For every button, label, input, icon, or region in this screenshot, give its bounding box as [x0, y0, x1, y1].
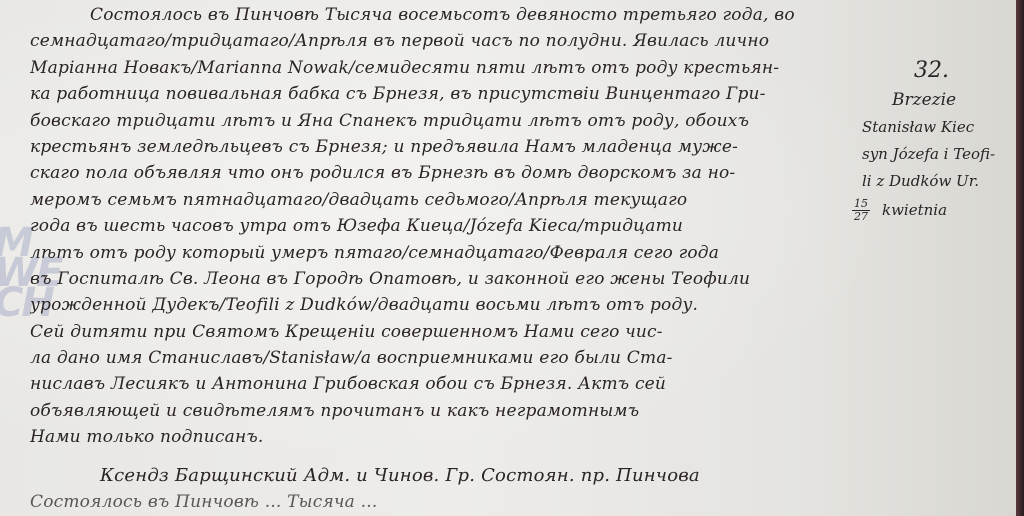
entry-number: 32. — [862, 55, 1012, 87]
record-line: скаго пола объявляя что онъ родился въ Б… — [30, 160, 860, 186]
record-line: Маріанна Новакъ/Marianna Nowak/семидесят… — [30, 55, 860, 81]
date-denominator: 27 — [854, 211, 868, 223]
record-line: семнадцатаго/тридцатаго/Апрѣля въ первой… — [30, 28, 860, 54]
date-numerator: 15 — [852, 198, 870, 211]
record-line: объявляющей и свидѣтелямъ прочитанъ и ка… — [30, 398, 860, 424]
record-line: ниславъ Лесиякъ и Антонина Грибовская об… — [30, 371, 860, 397]
margin-village: Brzezie — [862, 87, 1012, 114]
record-line: урожденной Дудекъ/Teofili z Dudków/двадц… — [30, 292, 860, 318]
record-line: Состоялось въ Пинчовѣ Тысяча восемьсотъ … — [30, 2, 860, 28]
margin-line: Stanisław Kiec — [862, 114, 1012, 141]
record-line: лѣтъ отъ роду который умеръ пятаго/семна… — [30, 240, 860, 266]
record-body: Состоялось въ Пинчовѣ Тысяча восемьсотъ … — [30, 2, 860, 515]
date-fraction: 15 27 — [852, 198, 870, 223]
record-line: Нами только подписанъ. — [30, 424, 860, 450]
margin-line: syn Józefa i Teofi- — [862, 141, 1012, 168]
margin-date: 15 27 kwietnia — [862, 195, 1012, 225]
record-line: меромъ семьмъ пятнадцатаго/двадцать седь… — [30, 187, 860, 213]
record-line: ла дано имя Станиславъ/Stanisław/а воспр… — [30, 345, 860, 371]
signature-line: Ксендз Барщинский Адм. и Чинов. Гр. Сост… — [30, 463, 860, 489]
record-line: крестьянъ земледѣльцевъ съ Брнезя; и пре… — [30, 134, 860, 160]
margin-note: 32. Brzezie Stanisław Kiec syn Józefa i … — [862, 55, 1012, 225]
margin-line: li z Dudków Ur. — [862, 168, 1012, 195]
record-line: въ Госпиталѣ Св. Леона въ Городѣ Опатовѣ… — [30, 266, 860, 292]
document-page: M WE CH Состоялось въ Пинчовѣ Тысяча вос… — [0, 0, 1016, 516]
date-month: kwietnia — [882, 201, 947, 219]
next-record-cut-line: Состоялось въ Пинчовѣ ... Тысяча ... — [30, 489, 860, 515]
record-line: Сей дитяти при Святомъ Крещеніи совершен… — [30, 319, 860, 345]
binding-edge — [1016, 0, 1024, 516]
record-line: бовскаго тридцати лѣтъ и Яна Спанекъ три… — [30, 108, 860, 134]
record-line: года въ шесть часовъ утра отъ Юзефа Киец… — [30, 213, 860, 239]
record-line: ка работница повивальная бабка съ Брнезя… — [30, 81, 860, 107]
